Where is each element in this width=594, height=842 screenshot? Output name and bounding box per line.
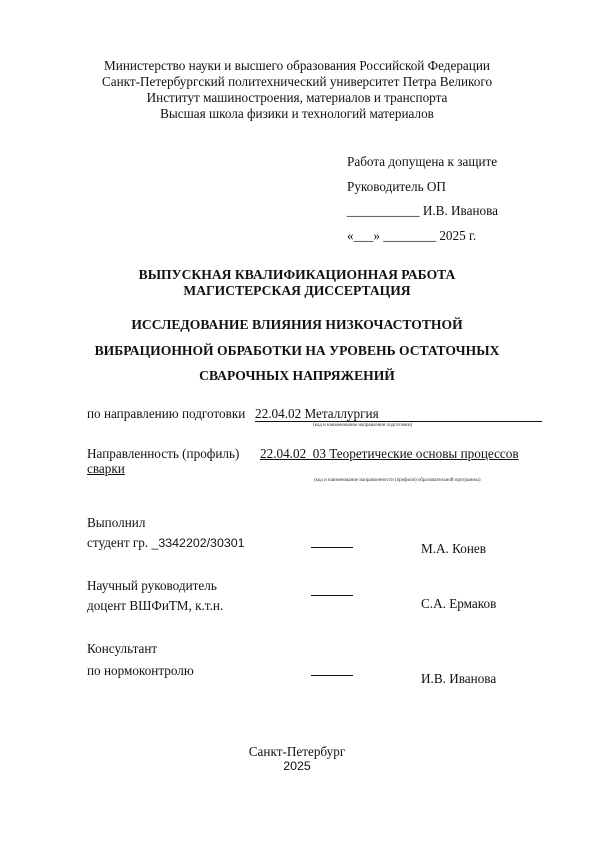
thesis-title-line1: ИССЛЕДОВАНИЕ ВЛИЯНИЯ НИЗКОЧАСТОТНОЙ xyxy=(0,312,594,337)
work-type-line1: ВЫПУСКНАЯ КВАЛИФИКАЦИОННАЯ РАБОТА xyxy=(0,267,594,283)
header-line-university: Санкт-Петербургский политехнический унив… xyxy=(0,74,594,90)
student-group-number: _3342202/30301 xyxy=(151,536,244,550)
header-line-ministry: Министерство науки и высшего образования… xyxy=(0,58,594,74)
student-signature-line xyxy=(311,547,353,548)
student-role: Выполнил xyxy=(87,515,145,531)
profile-label: Направленность (профиль) xyxy=(87,446,239,462)
approval-signature: ___________ И.В. Иванова xyxy=(347,203,498,219)
consultant-area: по нормоконтролю xyxy=(87,663,194,679)
footer-city: Санкт-Петербург xyxy=(0,744,594,760)
supervisor-role: Научный руководитель xyxy=(87,578,217,594)
student-group: студент гр. _3342202/30301 xyxy=(87,535,245,551)
approval-head: Руководитель ОП xyxy=(347,179,446,195)
direction-label: по направлению подготовки xyxy=(87,406,245,422)
direction-caption: (код и наименование направления подготов… xyxy=(313,423,412,428)
supervisor-position: доцент ВШФиТМ, к.т.н. xyxy=(87,598,223,614)
consultant-signature-line xyxy=(311,675,353,676)
consultant-role: Консультант xyxy=(87,641,157,657)
student-group-label: студент гр. xyxy=(87,535,151,550)
header-line-institute: Институт машиностроения, материалов и тр… xyxy=(0,90,594,106)
supervisor-name: С.А. Ермаков xyxy=(421,596,496,612)
consultant-name: И.В. Иванова xyxy=(421,671,496,687)
thesis-title-line2: ВИБРАЦИОННОЙ ОБРАБОТКИ НА УРОВЕНЬ ОСТАТО… xyxy=(0,338,594,363)
approval-date: «___» ________ 2025 г. xyxy=(347,228,476,244)
footer-year: 2025 xyxy=(0,759,594,773)
profile-value-line1: 22.04.02_03 Теоретические основы процесс… xyxy=(260,446,553,462)
thesis-title-line3: СВАРОЧНЫХ НАПРЯЖЕНИЙ xyxy=(0,363,594,388)
direction-value-field: 22.04.02 Металлургия xyxy=(255,406,542,422)
approval-admitted: Работа допущена к защите xyxy=(347,154,497,170)
profile-caption: (код и наименование направленности (проф… xyxy=(314,478,481,483)
profile-value-line2: сварки xyxy=(87,461,125,477)
direction-value: 22.04.02 Металлургия xyxy=(255,406,379,421)
student-name: М.А. Конев xyxy=(421,541,486,557)
work-type-line2: МАГИСТЕРСКАЯ ДИССЕРТАЦИЯ xyxy=(0,283,594,299)
supervisor-signature-line xyxy=(311,595,353,596)
header-line-school: Высшая школа физики и технологий материа… xyxy=(0,106,594,122)
